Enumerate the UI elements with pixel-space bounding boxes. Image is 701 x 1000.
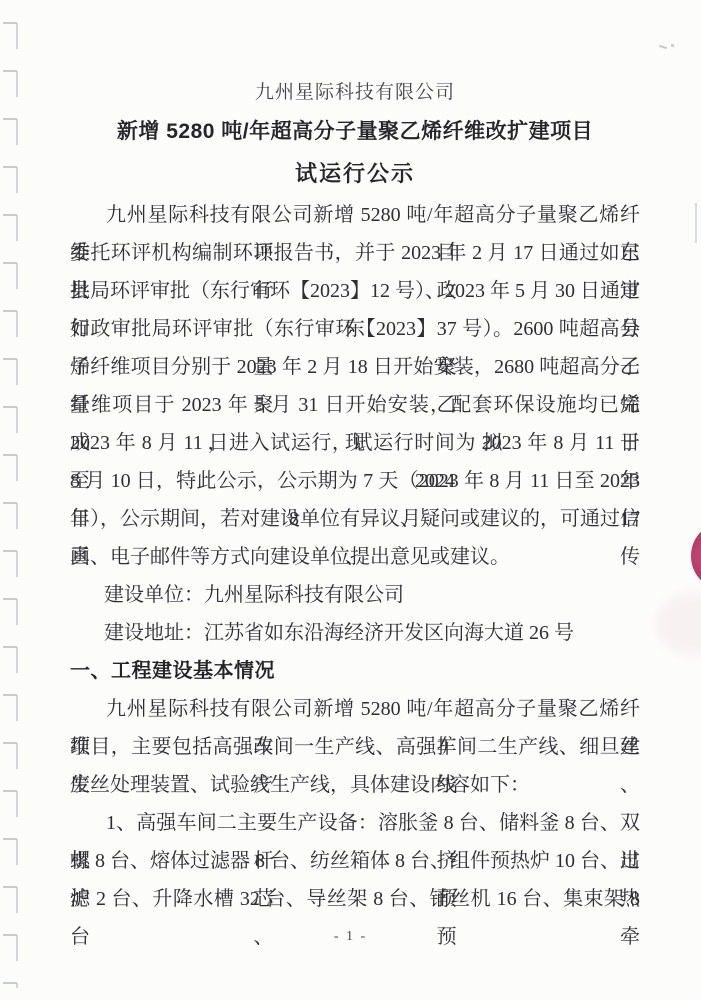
document-body: 九州星际科技有限公司 新增 5280 吨/年超高分子量聚乙烯纤维改扩建项目 试运… <box>70 74 640 918</box>
project-title: 新增 5280 吨/年超高分子量聚乙烯纤维改扩建项目 <box>70 112 640 152</box>
body-line: 九州星际科技有限公司新增 5280 吨/年超高分子量聚乙烯纤维项目已 <box>70 196 640 234</box>
body-line: 纤维项目于 2023 年 5 月 31 日开始安装，配套环保设施均已完成，现拟于 <box>70 386 640 424</box>
body-line: 烯纤维项目分别于 2023 年 2 月 18 日开始安装，2680 吨超高分子量… <box>70 348 640 386</box>
scanned-document-page: 九州星际科技有限公司 新增 5280 吨/年超高分子量聚乙烯纤维改扩建项目 试运… <box>0 0 701 1000</box>
builder-address-line: 建设地址：江苏省如东沿海经济开发区向海大道 26 号 <box>70 614 640 652</box>
body-line: 委托环评机构编制环评报告书，并于 2023 年 2 月 17 日通过如东县行政审 <box>70 234 640 272</box>
scan-edge-bracket-marks <box>3 22 19 988</box>
body-line: 行政审批局环评审批（东行审环【2023】37 号）。2600 吨超高分子量聚乙 <box>70 310 640 348</box>
builder-unit-line: 建设单位：九州星际科技有限公司 <box>70 576 640 614</box>
body-line: 项目，主要包括高强车间一生产线、高强车间二生产线、细旦丝生产线、 <box>70 728 640 766</box>
body-line: 批局环评审批（东行审环【2023】12 号）、2023 年 5 月 30 日通过… <box>70 272 640 310</box>
company-name: 九州星际科技有限公司 <box>70 74 640 112</box>
red-stamp-partial <box>691 524 701 588</box>
body-line: 2023 年 8 月 11 日进入试运行，试运行时间为 2023 年 8 月 1… <box>70 424 640 462</box>
body-line: 8 月 10 日，特此公示，公示期为 7 天（2023 年 8 月 11 日至 … <box>70 462 640 500</box>
body-line: 炉 2 台、升降水槽 32 台、导丝架 8 台、铺丝机 16 台、集束架 8 台… <box>70 880 640 918</box>
scan-speck <box>671 44 674 47</box>
body-line: 机 8 台、熔体过滤器 8 台、纺丝箱体 8 台、组件预热炉 10 台、过滤芯预… <box>70 842 640 880</box>
body-line: 九州星际科技有限公司新增 5280 吨/年超高分子量聚乙烯纤维改扩建 <box>70 690 640 728</box>
scan-edge-dash <box>695 203 697 243</box>
body-line: 日），公示期间，若对建设单位有异议、疑问或建议的，可通过信函、传 <box>70 500 640 538</box>
notice-title: 试运行公示 <box>70 152 640 196</box>
scan-speck <box>659 45 667 49</box>
section-heading: 一、工程建设基本情况 <box>70 652 640 690</box>
body-line: 1、高强车间二主要生产设备：溶胀釜 8 台、储料釜 8 台、双螺杆挤出 <box>70 804 640 842</box>
page-number: - 1 - <box>0 922 701 952</box>
stamp-ink-smudge <box>655 592 701 656</box>
